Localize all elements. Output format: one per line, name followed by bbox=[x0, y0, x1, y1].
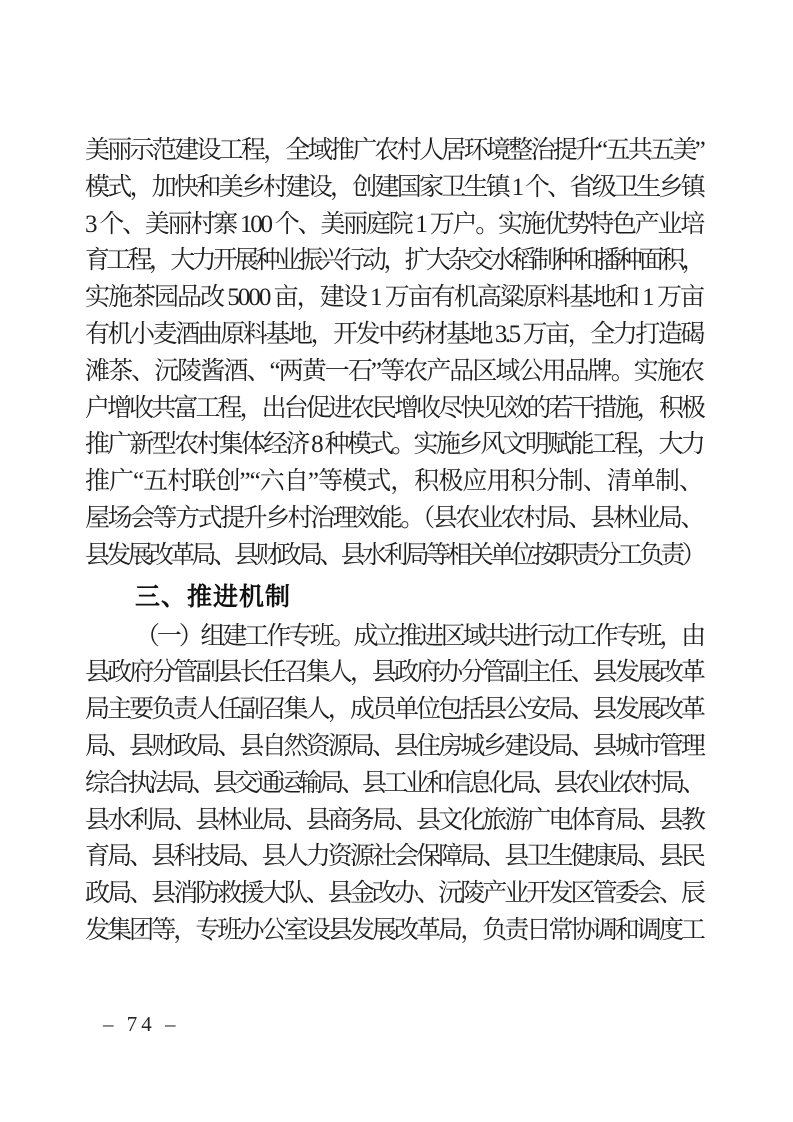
body-text: 局主要负责人任副召集人，成员单位包括县公安局、县发展改革 bbox=[85, 692, 703, 729]
body-text: 发集团等，专班办公室设县发展改革局，负责日常协调和调度工 bbox=[85, 913, 703, 950]
body-text-line: 综合执法局、县交通运输局、县工业和信息化局、县农业农村局、 bbox=[85, 766, 703, 803]
body-text-line: 推广新型农村集体经济 8 种模式。实施乡风文明赋能工程，大力 bbox=[85, 427, 703, 464]
body-text-line: 有机小麦酒曲原料基地，开发中药材基地 3.5 万亩，全力打造碣 bbox=[85, 317, 703, 354]
page-number: – 74 – bbox=[103, 1012, 180, 1037]
body-text-line: 实施茶园品改 5000 亩，建设 1 万亩有机高粱原料基地和 1 万亩 bbox=[85, 280, 703, 317]
body-text-line: 发集团等，专班办公室设县发展改革局，负责日常协调和调度工 bbox=[85, 913, 703, 950]
body-text: 户增收共富工程，出台促进农民增收尽快见效的若干措施，积极 bbox=[85, 391, 703, 428]
body-text-line: 推广“五村联创”“六自”等模式，积极应用积分制、清单制、 bbox=[85, 464, 703, 501]
body-text: 局、县财政局、县自然资源局、县住房城乡建设局、县城市管理 bbox=[85, 729, 703, 766]
body-text-line: 县水利局、县林业局、县商务局、县文化旅游广电体育局、县教 bbox=[85, 803, 703, 840]
body-text-line: 局、县财政局、县自然资源局、县住房城乡建设局、县城市管理 bbox=[85, 729, 703, 766]
body-text: 美丽示范建设工程，全域推广农村人居环境整治提升“五共五美” bbox=[85, 133, 703, 170]
body-text-line: 局主要负责人任副召集人，成员单位包括县公安局、县发展改革 bbox=[85, 692, 703, 729]
body-text: 滩茶、沅陵酱酒、“两黄一石”等农产品区域公用品牌。实施农 bbox=[85, 354, 703, 391]
body-text: 县水利局、县林业局、县商务局、县文化旅游广电体育局、县教 bbox=[85, 803, 703, 840]
body-text-line: 县政府分管副县长任召集人，县政府办分管副主任、县发展改革 bbox=[85, 655, 703, 692]
body-text-line: 美丽示范建设工程，全域推广农村人居环境整治提升“五共五美” bbox=[85, 133, 703, 170]
body-text: 实施茶园品改 5000 亩，建设 1 万亩有机高粱原料基地和 1 万亩 bbox=[85, 280, 703, 317]
body-text-line: 滩茶、沅陵酱酒、“两黄一石”等农产品区域公用品牌。实施农 bbox=[85, 354, 703, 391]
body-text-line: 县发展改革局、县财政局、县水利局等相关单位按职责分工负责） bbox=[85, 538, 703, 575]
body-text: 县政府分管副县长任召集人，县政府办分管副主任、县发展改革 bbox=[85, 655, 703, 692]
body-text-line: 育局、县科技局、县人力资源社会保障局、县卫生健康局、县民 bbox=[85, 839, 703, 876]
body-text: 模式，加快和美乡村建设，创建国家卫生镇 1 个、省级卫生乡镇 bbox=[85, 170, 703, 207]
document-page: 美丽示范建设工程，全域推广农村人居环境整治提升“五共五美” 模式，加快和美乡村建… bbox=[0, 0, 793, 1122]
body-text: 综合执法局、县交通运输局、县工业和信息化局、县农业农村局、 bbox=[85, 766, 703, 803]
section-heading: 三、推进机制 bbox=[85, 575, 703, 619]
body-text: 3 个、美丽村寨 100 个、美丽庭院 1 万户。实施优势特色产业培 bbox=[85, 207, 703, 244]
body-text: 政局、县消防救援大队、县金改办、沅陵产业开发区管委会、辰 bbox=[85, 876, 703, 913]
body-text-line: 育工程，大力开展种业振兴行动，扩大杂交水稻制种和播种面积， bbox=[85, 243, 703, 280]
body-text-line: 政局、县消防救援大队、县金改办、沅陵产业开发区管委会、辰 bbox=[85, 876, 703, 913]
body-text: 育局、县科技局、县人力资源社会保障局、县卫生健康局、县民 bbox=[85, 839, 703, 876]
document-body: 美丽示范建设工程，全域推广农村人居环境整治提升“五共五美” 模式，加快和美乡村建… bbox=[85, 133, 703, 950]
body-text: 屋场会等方式提升乡村治理效能。（县农业农村局、县林业局、 bbox=[85, 501, 703, 538]
body-text: 县发展改革局、县财政局、县水利局等相关单位按职责分工负责） bbox=[85, 538, 703, 575]
body-text-line: 户增收共富工程，出台促进农民增收尽快见效的若干措施，积极 bbox=[85, 391, 703, 428]
body-text-line: 屋场会等方式提升乡村治理效能。（县农业农村局、县林业局、 bbox=[85, 501, 703, 538]
body-text: 推广新型农村集体经济 8 种模式。实施乡风文明赋能工程，大力 bbox=[85, 427, 703, 464]
section-heading-text: 三、推进机制 bbox=[135, 583, 291, 611]
body-text-line: 模式，加快和美乡村建设，创建国家卫生镇 1 个、省级卫生乡镇 bbox=[85, 170, 703, 207]
body-text: （一）组建工作专班。成立推进区域共进行动工作专班，由 bbox=[135, 619, 703, 656]
body-text: 有机小麦酒曲原料基地，开发中药材基地 3.5 万亩，全力打造碣 bbox=[85, 317, 703, 354]
body-text-line: 3 个、美丽村寨 100 个、美丽庭院 1 万户。实施优势特色产业培 bbox=[85, 207, 703, 244]
body-text: 推广“五村联创”“六自”等模式，积极应用积分制、清单制、 bbox=[85, 464, 703, 501]
body-text-line: （一）组建工作专班。成立推进区域共进行动工作专班，由 bbox=[85, 619, 703, 656]
body-text: 育工程，大力开展种业振兴行动，扩大杂交水稻制种和播种面积， bbox=[85, 243, 703, 280]
